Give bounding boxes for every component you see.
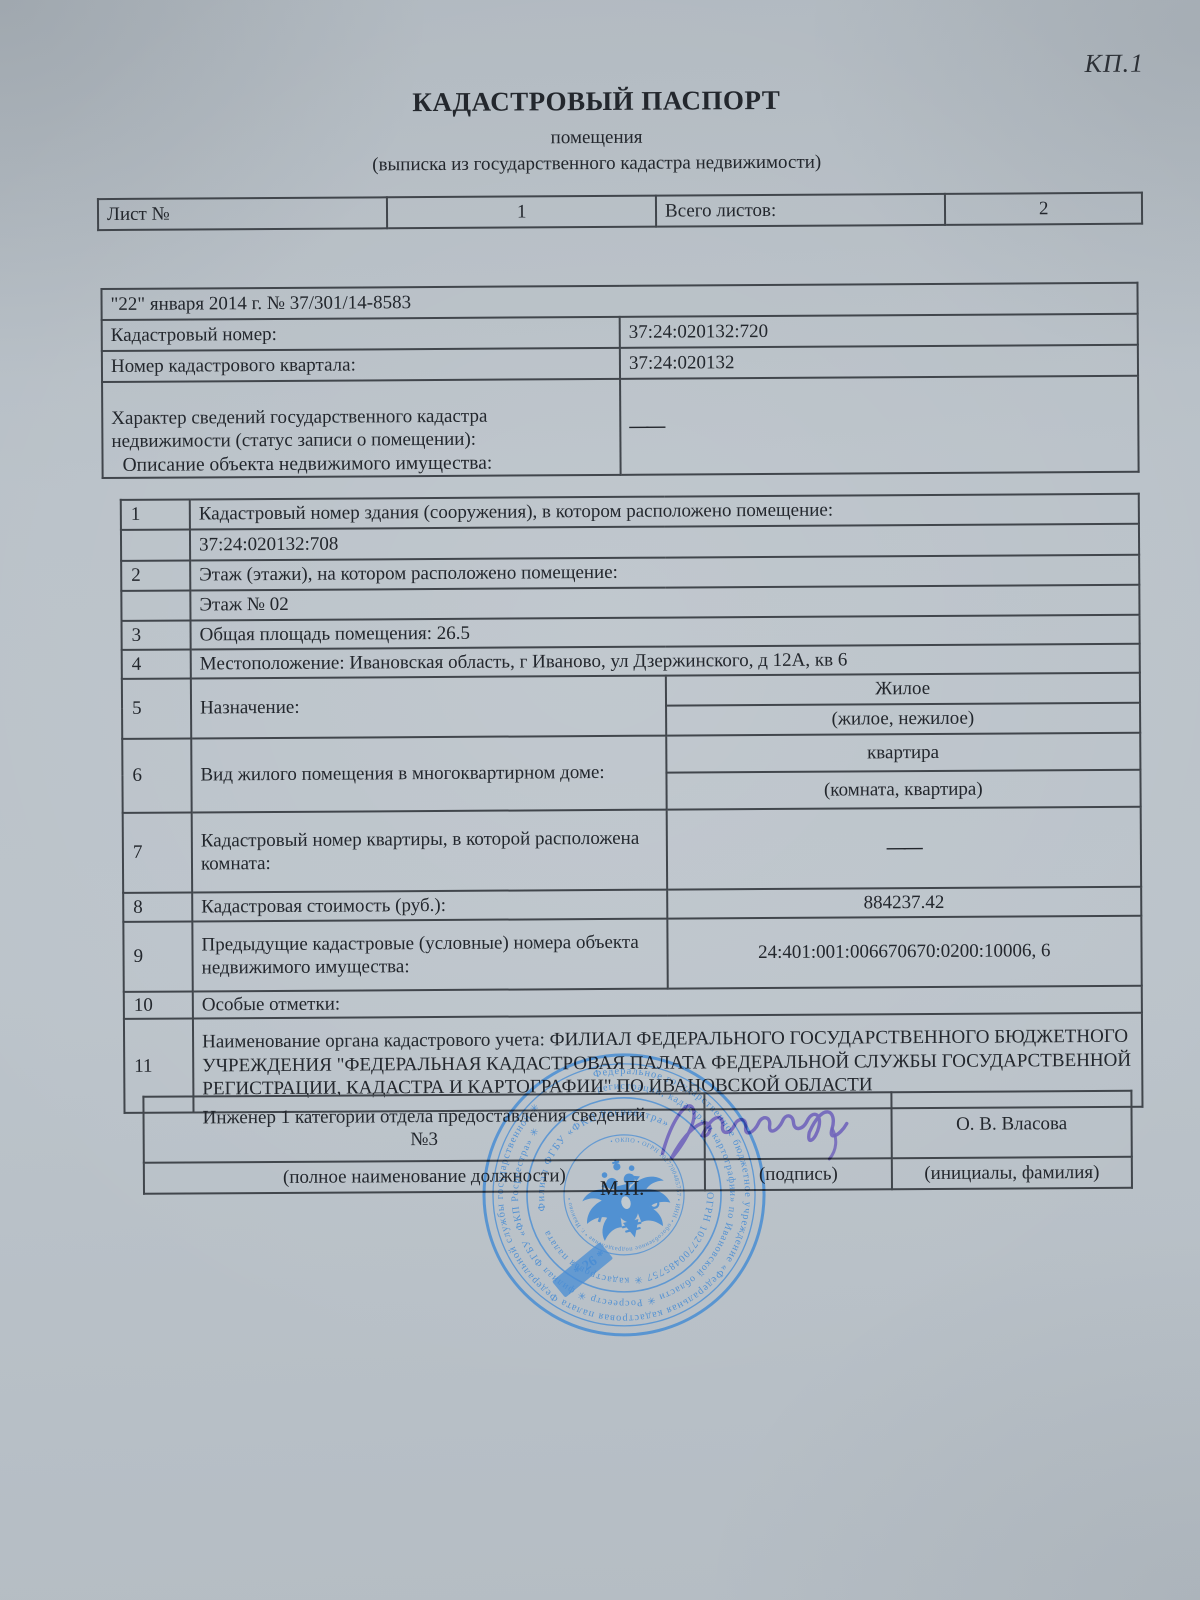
stamp-place-mark: М.П. [600, 1176, 644, 1201]
row-number: 8 [123, 892, 192, 921]
row-number: 4 [122, 649, 191, 678]
sheet-label: Лист № [98, 197, 388, 230]
purpose-label: Назначение: [191, 676, 666, 739]
row-number: 7 [123, 812, 192, 892]
name-cell: О. В. Власова [891, 1091, 1131, 1158]
name-caption: (инициалы, фамилия) [892, 1157, 1132, 1189]
row-number: 2 [121, 561, 190, 591]
row-number [121, 530, 190, 561]
record-status-value: —— [620, 376, 1139, 475]
description-table: 1 Кадастровый номер здания (сооружения),… [120, 493, 1144, 1114]
cadastral-number-value: 37:24:020132:720 [620, 314, 1138, 348]
handwritten-signature [647, 1068, 903, 1182]
dwelling-type-label: Вид жилого помещения в многоквартирном д… [191, 736, 666, 813]
previous-numbers-value: 24:401:001:006670670:0200:10006, 6 [667, 916, 1142, 989]
quarter-number-label: Номер кадастрового квартала: [102, 348, 620, 382]
description-heading: Описание объекта недвижимого имущества: [122, 453, 492, 477]
total-sheets-label: Всего листов: [656, 194, 946, 227]
table-row: 9 Предыдущие кадастровые (условные) номе… [123, 916, 1141, 992]
registration-table: "22" января 2014 г. № 37/301/14-8583 Кад… [100, 282, 1139, 479]
table-row: Лист № 1 Всего листов: 2 [98, 193, 1142, 230]
row-number: 5 [122, 678, 191, 738]
document-subtitle: помещения [0, 123, 1197, 152]
dwelling-type-options: (комната, квартира) [666, 770, 1141, 810]
table-row: 7 Кадастровый номер квартиры, в которой … [123, 807, 1141, 893]
row-number [121, 591, 190, 621]
purpose-value: Жилое [665, 673, 1140, 706]
document-page: КП.1 КАДАСТРОВЫЙ ПАСПОРТ помещения (выпи… [0, 0, 1200, 1600]
quarter-number-value: 37:24:020132 [620, 345, 1138, 379]
signature-stroke-icon [647, 1068, 903, 1182]
document-note: (выписка из государственного кадастра не… [0, 149, 1197, 178]
sheet-number-table: Лист № 1 Всего листов: 2 [97, 192, 1143, 231]
form-code: КП.1 [1084, 49, 1144, 79]
row-number: 6 [122, 738, 191, 812]
scanned-sheet: КП.1 КАДАСТРОВЫЙ ПАСПОРТ помещения (выпи… [0, 0, 1200, 1600]
cadastral-number-label: Кадастровый номер: [102, 317, 620, 351]
cadastral-value-label: Кадастровая стоимость (руб.): [192, 890, 667, 922]
flat-number-label: Кадастровый номер квартиры, в которой ра… [192, 810, 667, 893]
row-number: 10 [124, 991, 193, 1019]
cadastral-value-value: 884237.42 [667, 887, 1142, 919]
row-number: 1 [121, 500, 190, 530]
total-sheets-value: 2 [945, 193, 1142, 225]
dwelling-type-value: квартира [666, 733, 1141, 773]
previous-numbers-label: Предыдущие кадастровые (условные) номера… [192, 919, 667, 992]
flat-number-value: —— [666, 807, 1141, 890]
purpose-options: (жилое, нежилое) [666, 703, 1141, 736]
document-title: КАДАСТРОВЫЙ ПАСПОРТ [0, 82, 1196, 120]
table-row: 6 Вид жилого помещения в многоквартирном… [122, 733, 1140, 776]
sheet-value: 1 [387, 196, 656, 229]
row-number: 9 [123, 921, 192, 991]
row-number: 3 [122, 620, 191, 649]
